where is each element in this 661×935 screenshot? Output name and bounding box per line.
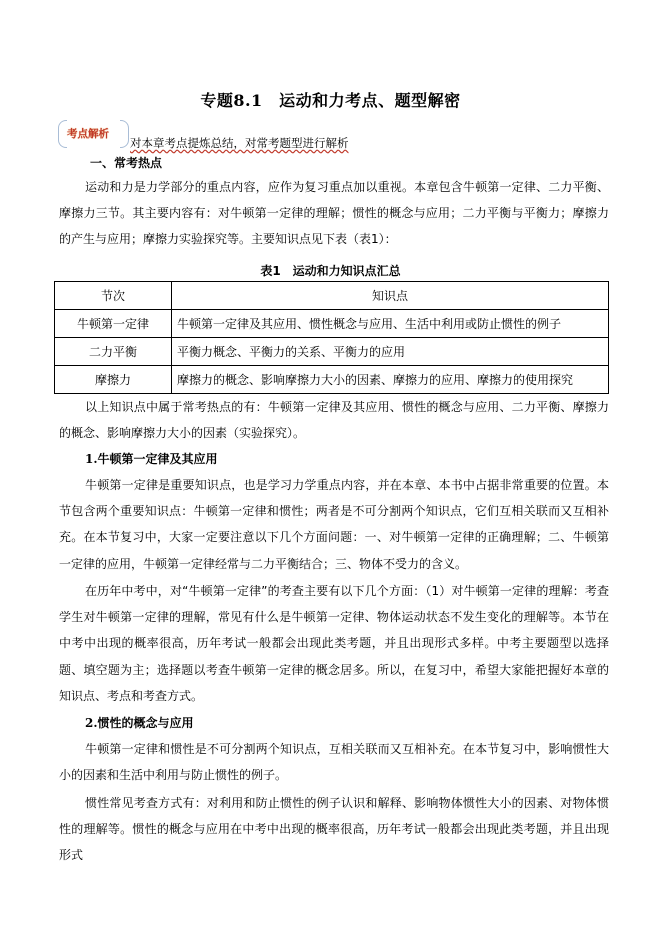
table-caption: 表1 运动和力知识点汇总 [0,262,661,279]
badge-label: 考点解析 [67,126,109,141]
document-page: 专题8.1 运动和力考点、题型解密 考点解析 对本章考点提炼总结，对常考题型进行… [0,0,661,935]
topic-heading-inertia: 2.惯性的概念与应用 [85,714,194,731]
table-cell-section: 摩擦力 [55,366,172,394]
topic-heading-newton-first-law: 1.牛顿第一定律及其应用 [85,450,218,467]
table-cell-points: 摩擦力的概念、影响摩擦力大小的因素、摩擦力的应用、摩擦力的使用探究 [172,366,609,394]
topic2-paragraph-1: 牛顿第一定律和惯性是不可分割两个知识点，互相关联而又互相补充。在本节复习中，影响… [59,736,609,788]
knowledge-points-table: 节次 知识点 牛顿第一定律 牛顿第一定律及其应用、惯性概念与应用、生活中利用或防… [54,281,609,394]
table-cell-section: 牛顿第一定律 [55,310,172,338]
topic1-paragraph-1: 牛顿第一定律是重要知识点，也是学习力学重点内容，并在本章、本书中占据非常重要的位… [59,472,609,577]
topic1-paragraph-2: 在历年中考中，对“牛顿第一定律”的考查主要有以下几个方面：（1）对牛顿第一定律的… [59,578,609,709]
table-header-points: 知识点 [172,282,609,310]
left-bracket-icon [58,120,67,148]
topic2-paragraph-2: 惯性常见考查方式有：对利用和防止惯性的例子认识和解释、影响物体惯性大小的因素、对… [59,790,609,869]
table-row: 牛顿第一定律 牛顿第一定律及其应用、惯性概念与应用、生活中利用或防止惯性的例子 [55,310,609,338]
right-bracket-icon [120,120,129,148]
table-row: 摩擦力 摩擦力的概念、影响摩擦力大小的因素、摩擦力的应用、摩擦力的使用探究 [55,366,609,394]
table-header-row: 节次 知识点 [55,282,609,310]
table-header-section: 节次 [55,282,172,310]
table-row: 二力平衡 平衡力概念、平衡力的关系、平衡力的应用 [55,338,609,366]
table-cell-points: 平衡力概念、平衡力的关系、平衡力的应用 [172,338,609,366]
section-heading-hotspots: 一、常考热点 [90,154,162,171]
table-cell-points: 牛顿第一定律及其应用、惯性概念与应用、生活中利用或防止惯性的例子 [172,310,609,338]
intro-paragraph: 运动和力是力学部分的重点内容，应作为复习重点加以重视。本章包含牛顿第一定律、二力… [59,174,609,253]
table-cell-section: 二力平衡 [55,338,172,366]
badge-subtitle: 对本章考点提炼总结，对常考题型进行解析 [130,135,349,151]
summary-paragraph: 以上知识点中属于常考热点的有：牛顿第一定律及其应用、惯性的概念与应用、二力平衡、… [59,394,609,446]
document-title: 专题8.1 运动和力考点、题型解密 [0,88,661,111]
